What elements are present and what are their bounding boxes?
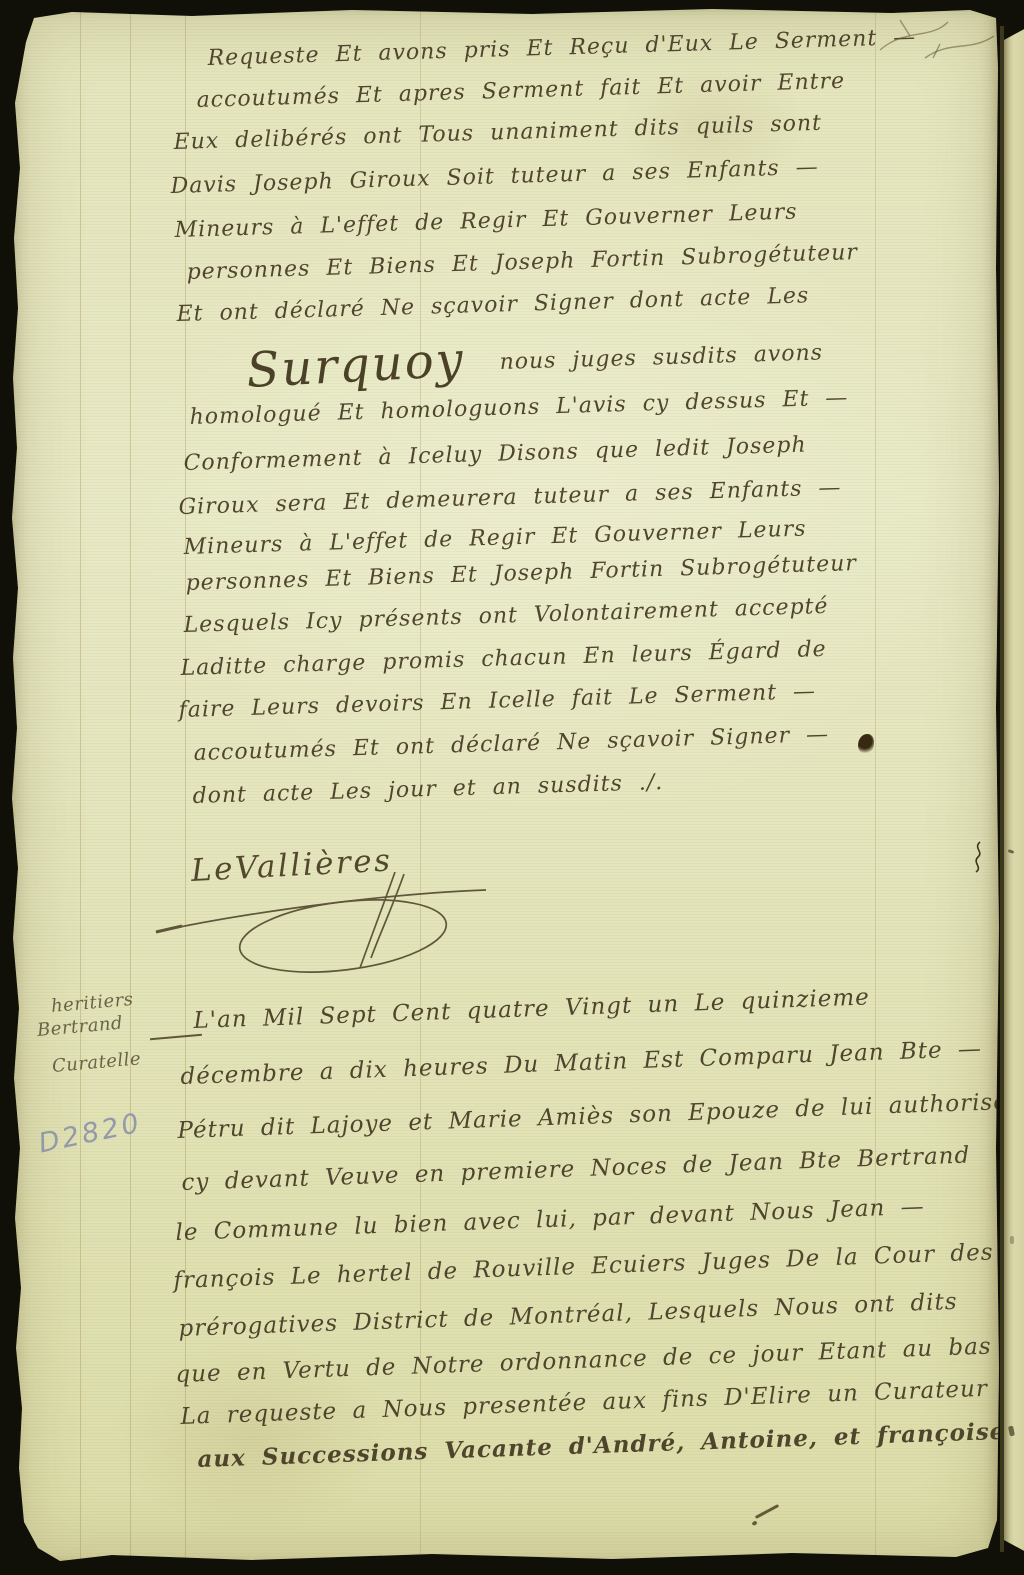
margin-note-line: Curatelle	[51, 1048, 142, 1077]
manuscript-line: Mineurs à L'effet de Regir Et Gouverner …	[183, 517, 807, 560]
manuscript-line: Lesquels Icy présents ont Volontairement…	[183, 594, 829, 638]
manuscript-line: Eux delibérés ont Tous unaniment dits qu…	[173, 111, 822, 155]
scan-background: Requeste Et avons pris Et Reçu d'Eux Le …	[0, 0, 1024, 1575]
lead-in-stroke	[150, 1034, 202, 1041]
edge-squiggle	[972, 840, 986, 874]
manuscript-line: nous juges susdits avons	[499, 340, 823, 375]
manuscript-line: dont acte Les jour et an susdits ./.	[192, 770, 663, 809]
edge-mark	[1008, 1426, 1015, 1437]
adjacent-page-edge	[1004, 28, 1024, 1552]
ink-blot	[858, 734, 874, 754]
manuscript-line: Laditte charge promis chacun En leurs Ég…	[180, 637, 827, 681]
manuscript-line: Conformement à Iceluy Disons que ledit J…	[183, 433, 807, 476]
manuscript-line: aux Successions Vacante d'André, Antoine…	[197, 1418, 1000, 1473]
manuscript-line: Et ont déclaré Ne sçavoir Signer dont ac…	[176, 283, 809, 327]
pencil-scratch	[870, 10, 1000, 70]
paper-fold-line	[875, 8, 876, 1564]
margin-note-line: Bertrand	[36, 1013, 124, 1041]
manuscript-page: Requeste Et avons pris Et Reçu d'Eux Le …	[12, 8, 1000, 1564]
edge-mark	[1008, 849, 1015, 854]
manuscript-line: faire Leurs devoirs En Icelle fait Le Se…	[178, 679, 816, 723]
manuscript-line: Pétru dit Lajoye et Marie Amiès son Epou…	[177, 1089, 1000, 1144]
archival-number: D2820	[36, 1107, 145, 1159]
edge-mark	[1010, 1236, 1014, 1244]
page-gutter-line	[1000, 26, 1004, 1552]
manuscript-line: L'an Mil Sept Cent quatre Vingt un Le qu…	[193, 984, 870, 1034]
manuscript-line: prérogatives District de Montréal, Lesqu…	[178, 1289, 958, 1342]
manuscript-line: le Commune lu bien avec lui, par devant …	[175, 1194, 925, 1246]
paper-fold-line	[80, 8, 81, 1564]
manuscript-line: personnes Et Biens Et Joseph Fortin Subr…	[185, 551, 857, 596]
manuscript-line: accoutumés Et ont déclaré Ne sçavoir Sig…	[193, 722, 829, 766]
manuscript-line: cy devant Veuve en premiere Noces de Jea…	[181, 1142, 971, 1196]
manuscript-line: Giroux sera Et demeurera tuteur a ses En…	[178, 475, 842, 520]
manuscript-line: accoutumés Et apres Serment fait Et avoi…	[196, 69, 845, 113]
manuscript-line: Davis Joseph Giroux Soit tuteur a ses En…	[170, 155, 819, 199]
manuscript-line: décembre a dix heures Du Matin Est Compa…	[180, 1036, 982, 1090]
paper-fold-line	[130, 8, 131, 1564]
manuscript-line: Mineurs à L'effet de Regir Et Gouverner …	[174, 200, 798, 243]
signature-flourish	[148, 870, 493, 982]
opening-word: Surquoy	[245, 332, 466, 399]
manuscript-line: personnes Et Biens Et Joseph Fortin Subr…	[186, 240, 858, 285]
ink-splash	[755, 1504, 779, 1519]
manuscript-line: Requeste Et avons pris Et Reçu d'Eux Le …	[207, 25, 916, 71]
